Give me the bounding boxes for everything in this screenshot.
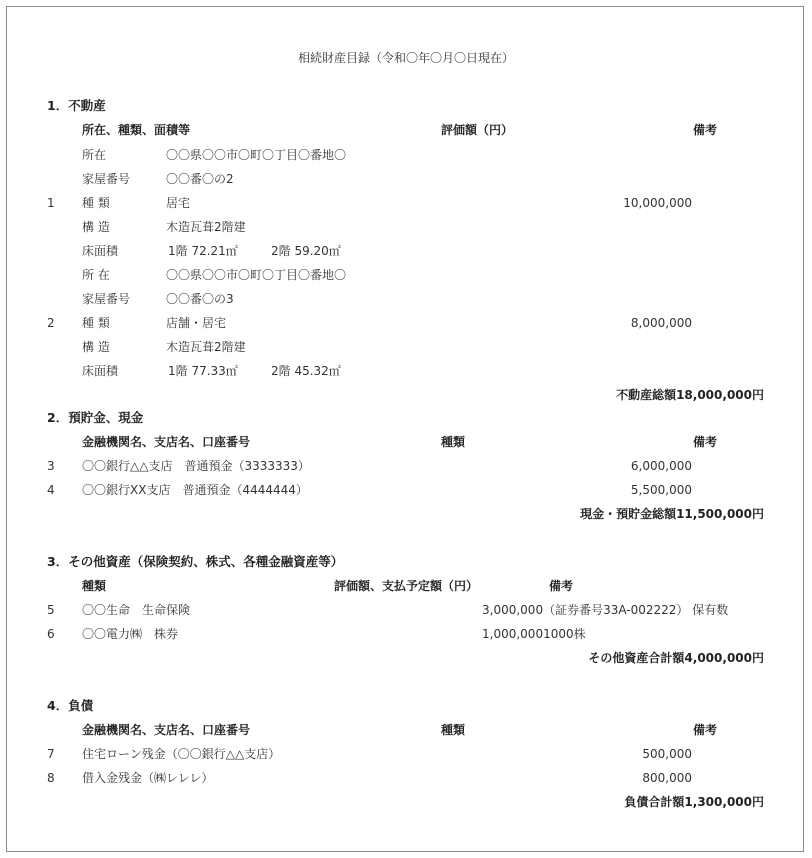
row-value: 居宅 — [166, 196, 190, 210]
row-amount: 3,000,000（証券番号33A-002222） 保有数 — [482, 603, 728, 617]
row-number: 6 — [47, 627, 55, 641]
column-header-valuation: 評価額、支払予定額（円） — [334, 579, 478, 593]
row-number: 5 — [47, 603, 55, 617]
row-label: 構 造 — [82, 220, 110, 234]
row-value: 住宅ローン残金（〇〇銀行△△支店） — [82, 747, 280, 761]
row-label: 種 類 — [82, 196, 110, 210]
section-total: 不動産総額18,000,000円 — [500, 388, 764, 402]
column-header-valuation: 評価額（円） — [441, 123, 513, 137]
row-value-secondary: 2階 45.32㎡ — [271, 364, 341, 378]
row-amount: 8,000,000 — [560, 316, 692, 330]
row-number: 8 — [47, 771, 55, 785]
row-value: 〇〇生命 生命保険 — [82, 603, 190, 617]
column-header-remarks: 備考 — [693, 723, 717, 737]
row-value: 1階 77.33㎡ — [168, 364, 238, 378]
document-title: 相続財産目録（令和〇年〇月〇日現在） — [0, 51, 812, 65]
section-heading-other-assets: 3．その他資産（保険契約、株式、各種金融資産等） — [47, 555, 343, 569]
column-header-remarks: 備考 — [549, 579, 573, 593]
row-number: 2 — [47, 316, 55, 330]
row-number: 3 — [47, 459, 55, 473]
row-label: 床面積 — [82, 364, 118, 378]
row-value: 〇〇県〇〇市〇町〇丁目〇番地〇 — [166, 268, 346, 282]
section-heading-liabilities: 4．負債 — [47, 699, 93, 713]
row-value: 〇〇番〇の2 — [166, 172, 234, 186]
column-header-location: 所在、種類、面積等 — [82, 123, 190, 137]
row-number: 7 — [47, 747, 55, 761]
row-label: 家屋番号 — [82, 292, 130, 306]
row-value-secondary: 2階 59.20㎡ — [271, 244, 341, 258]
column-header-type: 種類 — [441, 723, 465, 737]
section-heading-real-estate: 1．不動産 — [47, 99, 106, 113]
row-amount: 5,500,000 — [560, 483, 692, 497]
column-header-institution: 金融機関名、支店名、口座番号 — [82, 435, 250, 449]
column-header-type: 種類 — [441, 435, 465, 449]
column-header-remarks: 備考 — [693, 435, 717, 449]
section-total: その他資産合計額4,000,000円 — [480, 651, 764, 665]
section-total: 現金・預貯金総額11,500,000円 — [480, 507, 764, 521]
section-heading-deposits: 2．預貯金、現金 — [47, 411, 143, 425]
row-number: 1 — [47, 196, 55, 210]
row-amount: 6,000,000 — [560, 459, 692, 473]
section-total: 負債合計額1,300,000円 — [500, 795, 764, 809]
row-value: 店舗・居宅 — [166, 316, 226, 330]
row-value: 借入金残金（㈱レレレ） — [82, 771, 213, 785]
row-amount: 1,000,0001000株 — [482, 627, 586, 641]
row-value: 〇〇県〇〇市〇町〇丁目〇番地〇 — [166, 148, 346, 162]
row-amount: 10,000,000 — [560, 196, 692, 210]
row-label: 所 在 — [82, 268, 110, 282]
row-amount: 500,000 — [560, 747, 692, 761]
column-header-remarks: 備考 — [693, 123, 717, 137]
column-header-type: 種類 — [82, 579, 106, 593]
row-value: 〇〇電力㈱ 株券 — [82, 627, 178, 641]
column-header-institution: 金融機関名、支店名、口座番号 — [82, 723, 250, 737]
row-label: 所在 — [82, 148, 106, 162]
row-number: 4 — [47, 483, 55, 497]
row-amount: 800,000 — [560, 771, 692, 785]
row-label: 種 類 — [82, 316, 110, 330]
row-value: 木造瓦葺2階建 — [166, 220, 246, 234]
row-value: 〇〇銀行XX支店 普通預金（4444444） — [82, 483, 308, 497]
row-value: 〇〇銀行△△支店 普通預金（3333333） — [82, 459, 310, 473]
row-value: 〇〇番〇の3 — [166, 292, 234, 306]
row-value: 1階 72.21㎡ — [168, 244, 238, 258]
row-value: 木造瓦葺2階建 — [166, 340, 246, 354]
row-label: 床面積 — [82, 244, 118, 258]
row-label: 構 造 — [82, 340, 110, 354]
row-label: 家屋番号 — [82, 172, 130, 186]
